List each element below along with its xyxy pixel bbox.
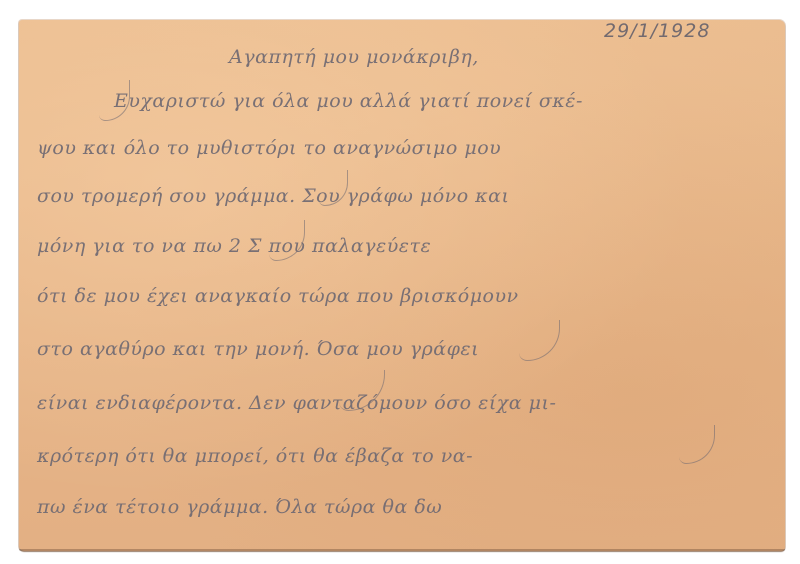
text-line-2: ψου και όλο το μυθιστόρι το αναγνώσιμο μ… xyxy=(37,137,501,159)
pen-flourish xyxy=(519,320,560,361)
text-line-4: μόνη για το να πω 2 Σ που παλαγεύετε xyxy=(37,235,431,257)
text-line-3: σου τρομερή σου γράμμα. Σου γράφω μόνο κ… xyxy=(37,185,509,207)
text-line-8: κρότερη ότι θα μπορεί, ότι θα έβαζα το ν… xyxy=(37,445,473,467)
text-line-9: πω ένα τέτοιο γράμμα. Όλα τώρα θα δω xyxy=(37,496,442,518)
date-stamp: 29/1/1928 xyxy=(604,20,710,42)
text-line-5: ότι δε μου έχει αναγκαίο τώρα που βρισκό… xyxy=(37,285,519,307)
postcard: 29/1/1928 Αγαπητή μου μονάκριβη, Ευχαρισ… xyxy=(19,20,785,551)
pen-flourish xyxy=(679,425,715,464)
text-line-1: Ευχαριστώ για όλα μου αλλά γιατί πονεί σ… xyxy=(114,90,583,112)
text-line-6: στο αγαθύρο και την μονή. Όσα μου γράφει xyxy=(37,338,479,360)
salutation: Αγαπητή μου μονάκριβη, xyxy=(229,46,479,68)
text-line-7: είναι ενδιαφέροντα. Δεν φανταζόμουν όσο … xyxy=(37,392,556,414)
